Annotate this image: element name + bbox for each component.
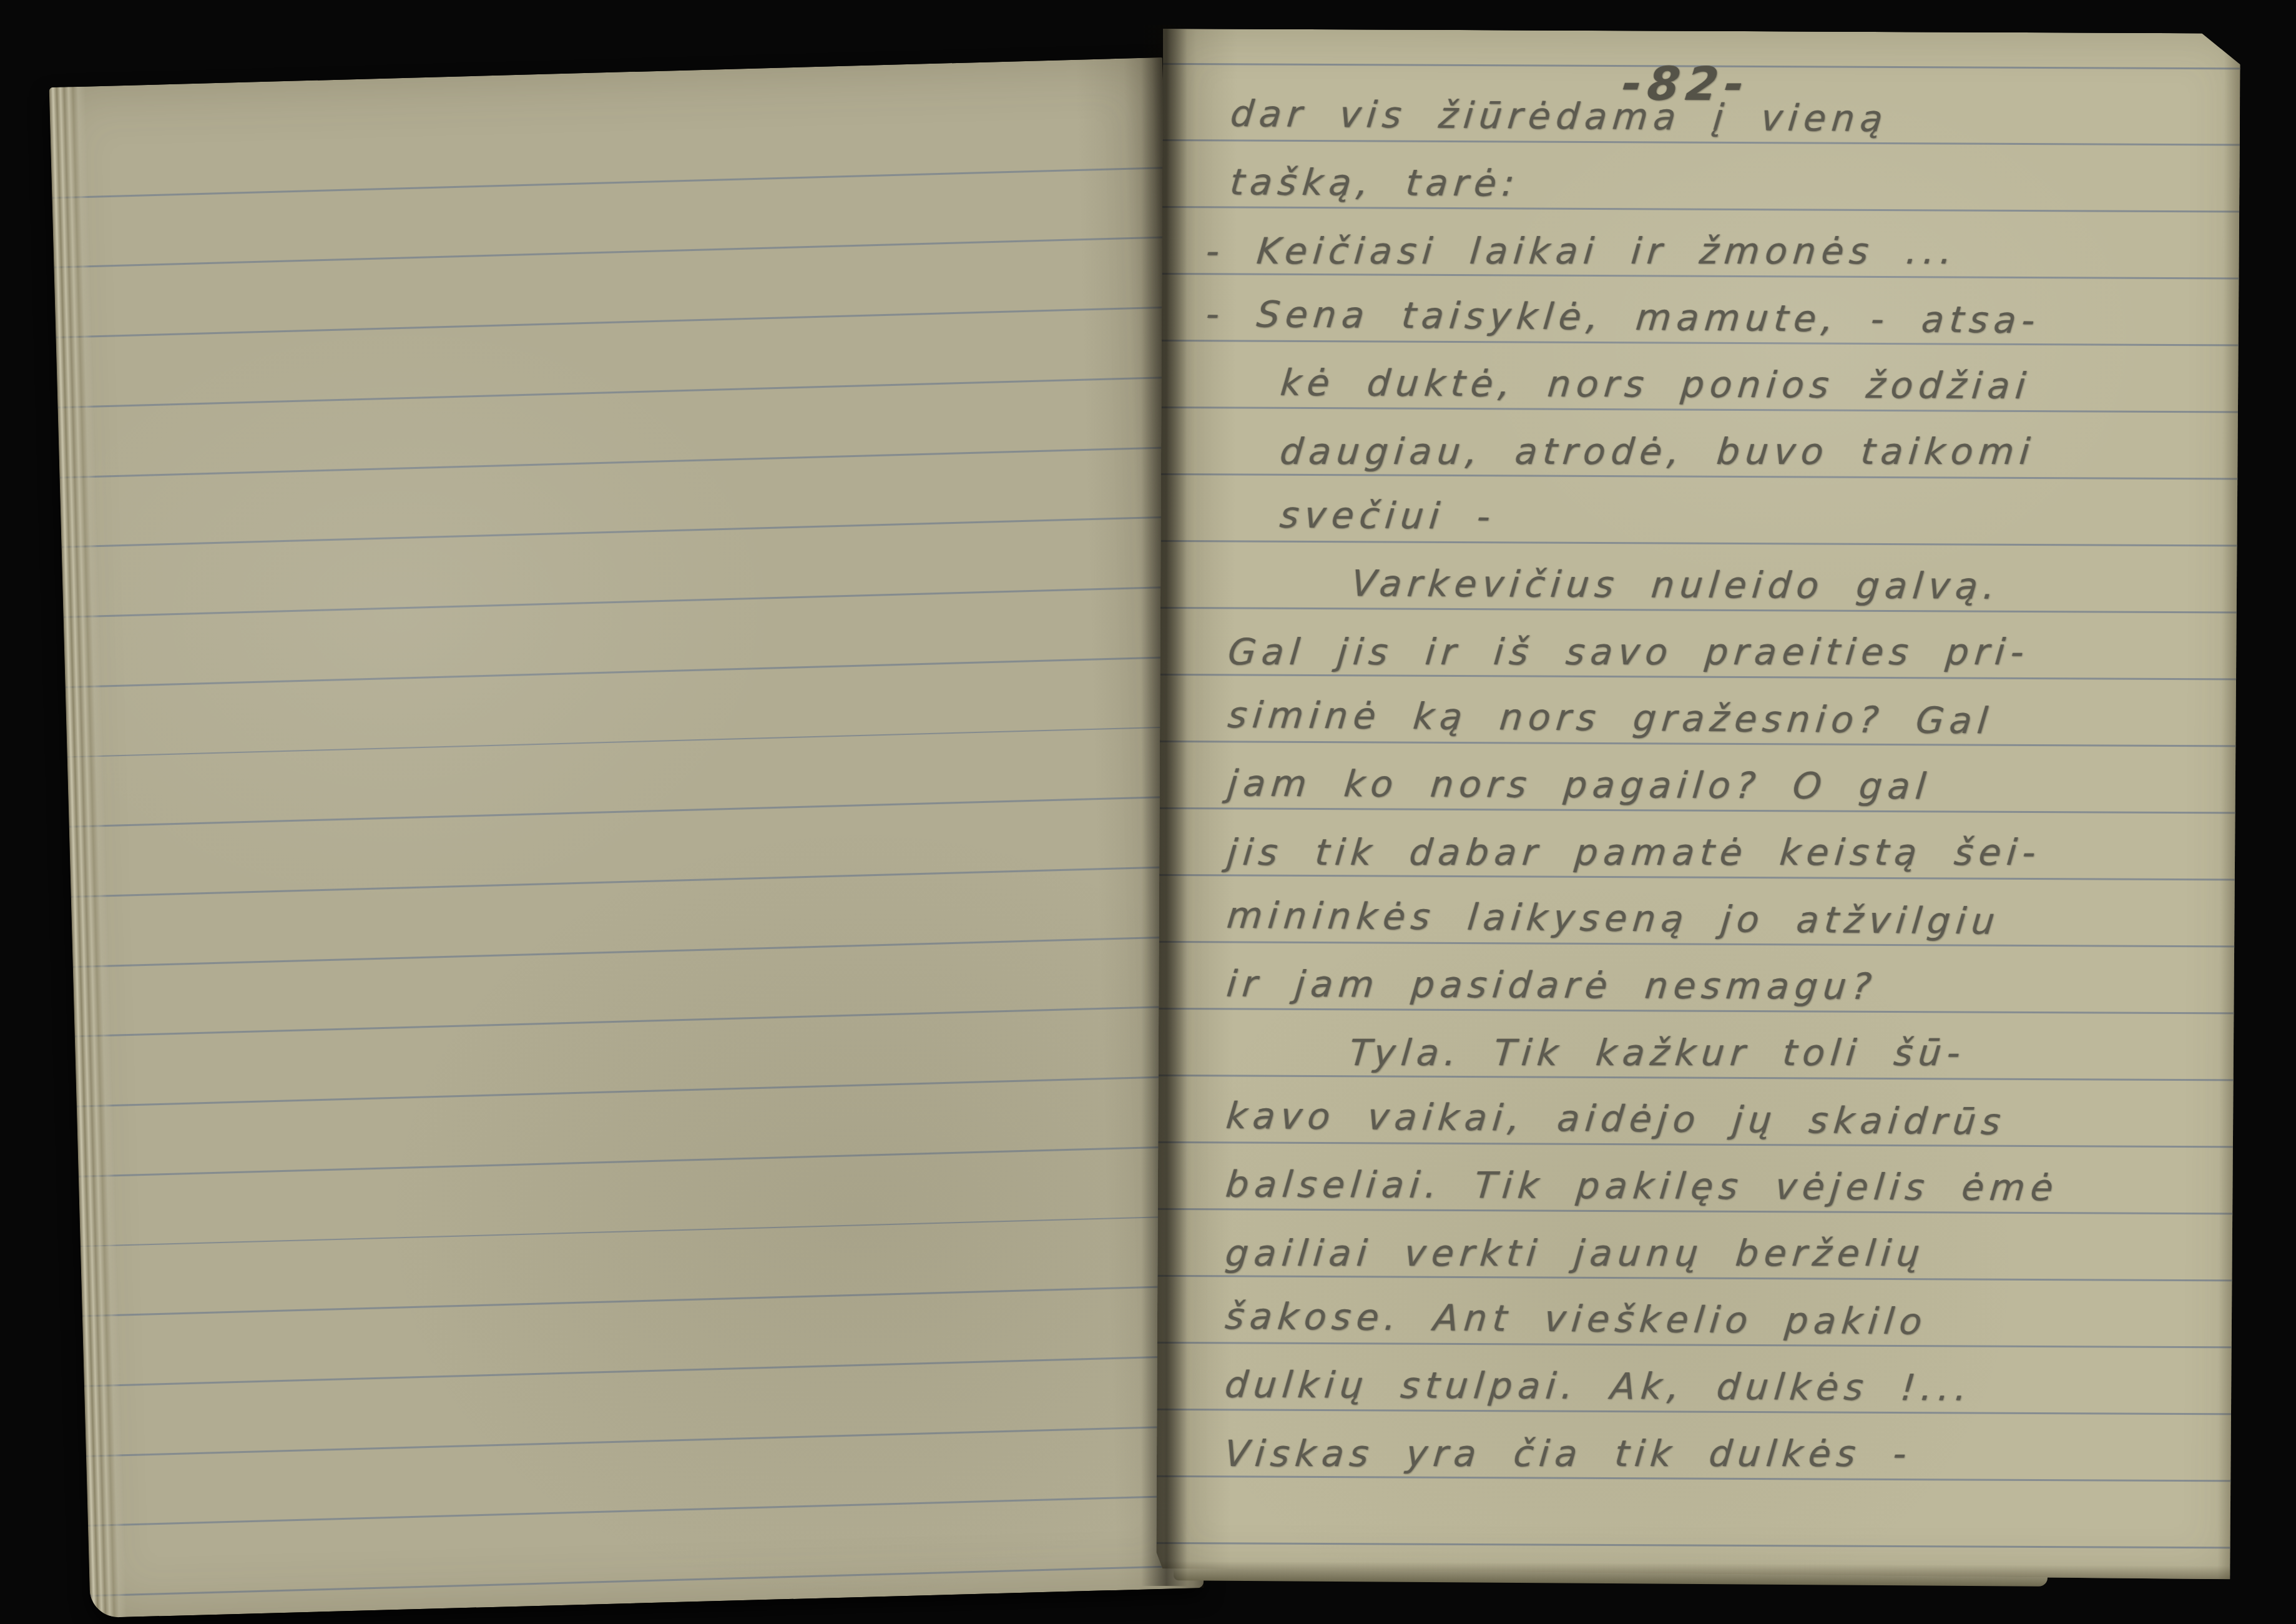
handwriting-line: Tyla. Tik kažkur toli šū- <box>1188 1012 2220 1079</box>
right-page-outer-edge <box>2217 33 2240 1579</box>
left-page-blank <box>49 57 1204 1618</box>
handwriting-line: kė duktė, nors ponios žodžiai <box>1191 342 2224 413</box>
handwriting-line: kavo vaikai, aidėjo jų skaidrūs <box>1188 1075 2220 1149</box>
handwriting-line: siminė ką nors gražesnio? Gal <box>1189 674 2222 749</box>
handwriting-line: svečiui - <box>1190 473 2223 548</box>
handwriting-line: ir jam pasidarė nesmagu? <box>1188 943 2220 1014</box>
handwriting-line: daugiau, atrodė, buvo taikomi <box>1190 411 2223 478</box>
handwriting-line: šakose. Ant vieškelio pakilo <box>1187 1275 2219 1350</box>
scanned-notebook-background: -82- dar vis žiūrėdama į vienątašką, tar… <box>0 0 2296 1624</box>
handwriting-line: - Sena taisyklė, mamute, - atsa- <box>1191 273 2224 348</box>
right-page-handwritten: -82- dar vis žiūrėdama į vienątašką, tar… <box>1156 29 2240 1580</box>
handwriting-line: jis tik dabar pamatė keistą šei- <box>1189 812 2221 878</box>
handwriting-line: Viskas yra čia tik dulkės - <box>1186 1413 2219 1480</box>
handwriting-line: mininkės laikyseną jo atžvilgiu <box>1189 874 2221 949</box>
handwriting-line: Varkevičius nuleido galvą. <box>1190 542 2222 613</box>
handwriting-line: balseliai. Tik pakilęs vėjelis ėmė <box>1187 1143 2220 1214</box>
handwriting-line: jam ko nors pagailo? O gal <box>1189 742 2222 814</box>
handwriting-line: dulkių stulpai. Ak, dulkės !... <box>1187 1344 2219 1415</box>
handwriting-line: Gal jis ir iš savo praeities pri- <box>1190 611 2222 678</box>
page-edge-stack <box>49 87 127 1618</box>
handwriting-line: gailiai verkti jaunų berželių <box>1187 1213 2220 1279</box>
handwriting-line: tašką, tarė: <box>1192 141 2224 212</box>
handwritten-text: dar vis žiūrėdama į vienątašką, tarė:- K… <box>1189 74 2222 1482</box>
handwriting-line: dar vis žiūrėdama į vieną <box>1192 72 2225 147</box>
handwriting-line: - Keičiasi laikai ir žmonės ... <box>1192 210 2224 277</box>
